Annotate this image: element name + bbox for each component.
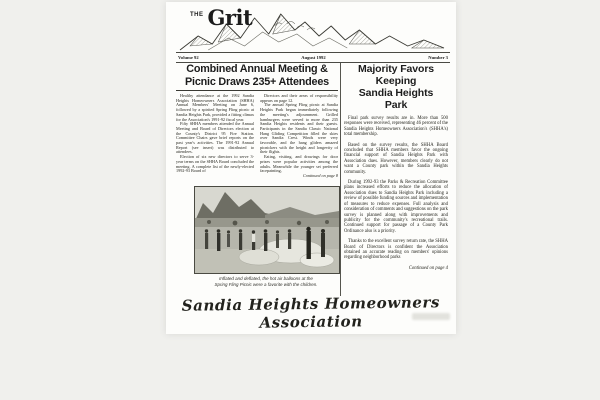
right-article-headline: Majority Favors Keeping Sandia Heights P…: [344, 63, 448, 111]
dateline: Volume 92 August 1992 Number 3: [176, 52, 450, 63]
number-label: Number 3: [428, 55, 448, 60]
issue-date-label: August 1992: [301, 55, 325, 60]
left-headline-line1: Combined Annual Meeting &: [176, 63, 338, 76]
right-headline-line3: Sandia Heights: [344, 87, 448, 99]
body-paragraph: Healthy attendance at the 1992 Sandia He…: [176, 94, 254, 122]
logo-title: Grit: [208, 5, 253, 30]
body-paragraph: Eating, visiting, and drawings for door …: [260, 155, 338, 174]
scan-background: THE Grit Volume 92 August 1992: [0, 0, 600, 400]
scan-artifact: [412, 313, 450, 320]
newsletter-logo: THE Grit: [190, 5, 252, 30]
body-paragraph: Fifty SHHA members attended the Annual M…: [176, 122, 254, 155]
volume-label: Volume 92: [178, 55, 199, 60]
left-article-headline: Combined Annual Meeting & Picnic Draws 2…: [176, 63, 338, 91]
picnic-photo-figure: Inflated and deflated, the hot air ballo…: [194, 186, 338, 287]
column-divider-rule: [340, 63, 341, 296]
body-paragraph: Thanks to the excellent survey return ra…: [344, 239, 448, 261]
logo-kicker: THE: [190, 12, 204, 18]
left-article-columns: Healthy attendance at the 1992 Sandia He…: [176, 94, 338, 185]
body-paragraph: The annual Spring Fling picnic at Sandia…: [260, 103, 338, 155]
continued-notice-right: Continued on page 4: [344, 266, 448, 271]
left-headline-line2: Picnic Draws 235+ Attendees: [176, 76, 338, 89]
article-park-survey: Majority Favors Keeping Sandia Heights P…: [344, 63, 448, 296]
right-headline-line1: Majority Favors: [344, 63, 448, 75]
right-headline-line4: Park: [344, 99, 448, 111]
right-headline-line2: Keeping: [344, 75, 448, 87]
article-annual-meeting: Combined Annual Meeting & Picnic Draws 2…: [176, 63, 338, 295]
photo-caption-line2: Spring Fling Picnic were a favorite with…: [194, 282, 338, 288]
body-paragraph: During 1992-93 the Parks & Recreation Co…: [344, 180, 448, 234]
body-paragraph: Based on the survey results, the SHHA Bo…: [344, 143, 448, 175]
newsletter-page: THE Grit Volume 92 August 1992: [166, 2, 456, 334]
body-paragraph: Final park survey results are in. More t…: [344, 116, 448, 138]
left-article-column-1: Healthy attendance at the 1992 Sandia He…: [176, 94, 254, 185]
left-article-column-2: Directors and their areas of responsibil…: [260, 94, 338, 185]
photo-caption: Inflated and deflated, the hot air ballo…: [194, 276, 338, 287]
right-article-body: Final park survey results are in. More t…: [344, 116, 448, 271]
continued-notice-left: Continued on page 8: [260, 174, 338, 179]
picnic-photo: [194, 186, 340, 274]
body-paragraph: Election of six new directors to serve 3…: [176, 155, 254, 174]
